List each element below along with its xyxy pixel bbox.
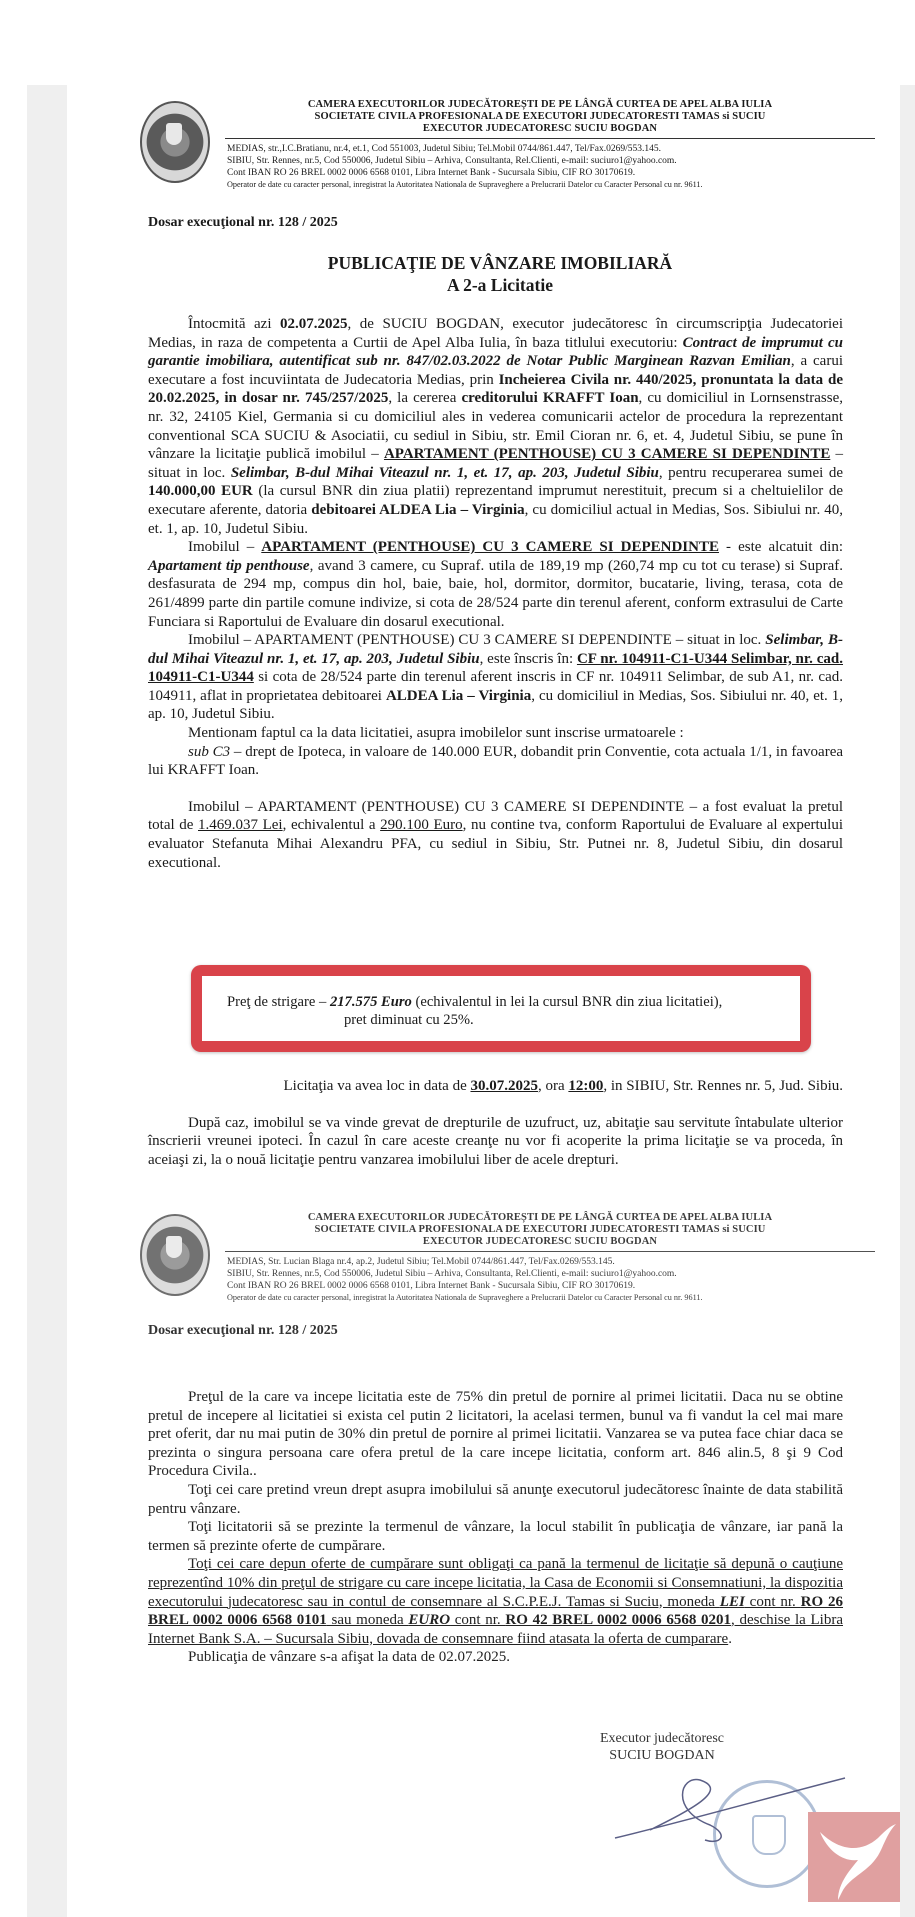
letterhead-divider <box>225 1251 875 1252</box>
firm-name: SOCIETATE CIVILA PROFESIONALA DE EXECUTO… <box>260 111 820 123</box>
text-run: creditorului KRAFFT Ioan <box>461 390 638 406</box>
paragraph-auction-date: Licitaţia va avea loc in data de 30.07.2… <box>148 1077 843 1096</box>
letterhead-titles: CAMERA EXECUTORILOR JUDECĂTOREȘTI DE PE … <box>260 99 820 135</box>
paragraph-bidders: Toţi licitatorii să se prezinte la terme… <box>148 1518 843 1555</box>
text-run: , echivalentul a <box>283 817 381 833</box>
text-run: – drept de Ipoteca, in valoare de 140.00… <box>148 744 843 779</box>
letterhead-page-1: CAMERA EXECUTORILOR JUDECĂTOREȘTI DE PE … <box>140 95 900 195</box>
starting-price-highlight: Preţ de strigare – 217.575 Euro (echival… <box>191 965 811 1052</box>
text-run: 1.469.037 Lei <box>198 817 283 833</box>
text-run: Licitaţia va avea loc in data de <box>283 1078 470 1094</box>
text-run: APARTAMENT (PENTHOUSE) CU 3 CAMERE SI DE… <box>261 539 719 555</box>
text-run: , la cererea <box>388 390 461 406</box>
starting-price-text: Preţ de strigare – 217.575 Euro (echival… <box>227 993 787 1029</box>
text-run: Mentionam faptul ca la data licitatiei, … <box>188 725 684 741</box>
paragraph-registration: Imobilul – APARTAMENT (PENTHOUSE) CU 3 C… <box>148 631 843 724</box>
title-main: PUBLICAŢIE DE VÂNZARE IMOBILIARĂ <box>140 252 860 274</box>
text-run: debitoarei ALDEA Lia – Virginia <box>311 502 524 518</box>
case-number: Dosar execuţional nr. 128 / 2025 <box>148 215 338 231</box>
text-run: EURO <box>408 1612 450 1628</box>
signatory-name: SUCIU BOGDAN <box>600 1747 724 1764</box>
starting-price-label: Preţ de strigare – <box>227 994 330 1010</box>
text-run: Apartament tip penthouse <box>148 558 310 574</box>
bank-account: Cont IBAN RO 26 BREL 0002 0006 6568 0101… <box>227 1280 703 1292</box>
executor-name: EXECUTOR JUDECATORESC SUCIU BOGDAN <box>260 123 820 135</box>
coat-of-arms-seal-icon <box>140 101 210 183</box>
paragraph-rights: După caz, imobilul se va vinde grevat de… <box>148 1114 843 1170</box>
text-run: Selimbar, B-dul Mihai Viteazul nr. 1, et… <box>231 465 659 481</box>
paragraph-valuation: Imobilul – APARTAMENT (PENTHOUSE) CU 3 C… <box>148 798 843 872</box>
text-run: sub C3 <box>188 744 230 760</box>
document-title: PUBLICAŢIE DE VÂNZARE IMOBILIARĂ A 2-a L… <box>140 252 860 296</box>
coat-of-arms-seal-icon <box>140 1214 210 1296</box>
text-run: Imobilul – <box>188 539 261 555</box>
address-sibiu: SIBIU, Str. Rennes, nr.5, Cod 550006, Ju… <box>227 1268 703 1280</box>
text-run: LEI <box>720 1594 745 1610</box>
section-auction: Licitaţia va avea loc in data de 30.07.2… <box>148 1077 843 1169</box>
text-run: Preţul de la care va incepe licitatia es… <box>148 1389 843 1479</box>
letterhead-page-2: CAMERA EXECUTORILOR JUDECĂTOREȘTI DE PE … <box>140 1208 900 1308</box>
letterhead-contact: MEDIAS, str.,I.C.Bratianu, nr.4, et.1, C… <box>227 143 703 191</box>
text-run: , ora <box>538 1078 568 1094</box>
price-reduction-note: pret diminuat cu 25%. <box>227 1011 787 1029</box>
signature-block: Executor judecătoresc SUCIU BOGDAN <box>600 1730 724 1764</box>
chamber-name: CAMERA EXECUTORILOR JUDECĂTOREȘTI DE PE … <box>260 99 820 111</box>
text-run: , pentru recuperarea sumei de <box>659 465 843 481</box>
text-run: , in SIBIU, Str. Rennes nr. 5, Jud. Sibi… <box>603 1078 843 1094</box>
text-run: cont nr. <box>450 1612 505 1628</box>
paragraph-claims: Toţi cei care pretind vreun drept asupra… <box>148 1481 843 1518</box>
paragraph-price-rules: Preţul de la care va incepe licitatia es… <box>148 1388 843 1481</box>
executor-name: EXECUTOR JUDECATORESC SUCIU BOGDAN <box>260 1236 820 1248</box>
paragraph-encumbrances: Mentionam faptul ca la data licitatiei, … <box>148 724 843 743</box>
paragraph-intro: Întocmită azi 02.07.2025, de SUCIU BOGDA… <box>148 315 843 538</box>
letterhead-contact: MEDIAS, Str. Lucian Blaga nr.4, ap.2, Ju… <box>227 1256 703 1304</box>
section-conditions: Preţul de la care va incepe licitatia es… <box>148 1388 843 1667</box>
text-run: RO 42 BREL 0002 0006 6568 0201 <box>505 1612 731 1628</box>
text-run: 290.100 Euro <box>380 817 463 833</box>
text-run: sau moneda <box>327 1612 409 1628</box>
text-run: , este înscris în: <box>480 651 577 667</box>
letterhead-titles: CAMERA EXECUTORILOR JUDECĂTOREȘTI DE PE … <box>260 1212 820 1248</box>
text-run: 30.07.2025 <box>470 1078 538 1094</box>
bank-account: Cont IBAN RO 26 BREL 0002 0006 6568 0101… <box>227 167 703 179</box>
title-subtitle: A 2-a Licitatie <box>140 274 860 296</box>
text-run: Imobilul – APARTAMENT (PENTHOUSE) CU 3 C… <box>188 632 765 648</box>
chamber-name: CAMERA EXECUTORILOR JUDECĂTOREȘTI DE PE … <box>260 1212 820 1224</box>
letterhead-divider <box>225 138 875 139</box>
text-run: - este alcatuit din: <box>719 539 843 555</box>
text-run: 140.000,00 EUR <box>148 483 253 499</box>
address-sibiu: SIBIU, Str. Rennes, nr.5, Cod 550006, Ju… <box>227 155 703 167</box>
bird-logo-icon <box>808 1812 900 1902</box>
paragraph-posting-date: Publicaţia de vânzare s-a afişat la data… <box>148 1648 843 1667</box>
text-run: cont nr. <box>745 1594 801 1610</box>
paragraph-description: Imobilul – APARTAMENT (PENTHOUSE) CU 3 C… <box>148 538 843 631</box>
case-number-page-2: Dosar execuţional nr. 128 / 2025 <box>148 1323 338 1339</box>
text-run: . <box>728 1631 732 1647</box>
text-run: APARTAMENT (PENTHOUSE) CU 3 CAMERE SI DE… <box>384 446 830 462</box>
paragraph-mortgage: sub C3 – drept de Ipoteca, in valoare de… <box>148 743 843 780</box>
starting-price-value: 217.575 Euro <box>330 994 412 1010</box>
right-margin-strip <box>900 85 915 1917</box>
text-run: Toţi cei care pretind vreun drept asupra… <box>148 1482 843 1517</box>
operator-note: Operator de date cu caracter personal, i… <box>227 179 703 191</box>
text-run: După caz, imobilul se va vinde grevat de… <box>148 1115 843 1168</box>
operator-note: Operator de date cu caracter personal, i… <box>227 1292 703 1304</box>
left-margin-strip <box>27 85 67 1917</box>
firm-name: SOCIETATE CIVILA PROFESIONALA DE EXECUTO… <box>260 1224 820 1236</box>
text-run: 12:00 <box>568 1078 603 1094</box>
address-medias: MEDIAS, str.,I.C.Bratianu, nr.4, et.1, C… <box>227 143 703 155</box>
text-run: 02.07.2025 <box>280 316 348 332</box>
text-run: Toţi licitatorii să se prezinte la terme… <box>148 1519 843 1554</box>
section-main: Întocmită azi 02.07.2025, de SUCIU BOGDA… <box>148 315 843 872</box>
starting-price-note: (echivalentul in lei la cursul BNR din z… <box>412 994 722 1010</box>
signatory-role: Executor judecătoresc <box>600 1730 724 1747</box>
text-run: ALDEA Lia – Virginia <box>386 688 531 704</box>
paragraph-deposit: Toţi cei care depun oferte de cumpărare … <box>148 1555 843 1648</box>
text-run: Întocmită azi <box>188 316 280 332</box>
address-medias: MEDIAS, Str. Lucian Blaga nr.4, ap.2, Ju… <box>227 1256 703 1268</box>
text-run: Publicaţia de vânzare s-a afişat la data… <box>188 1649 510 1665</box>
